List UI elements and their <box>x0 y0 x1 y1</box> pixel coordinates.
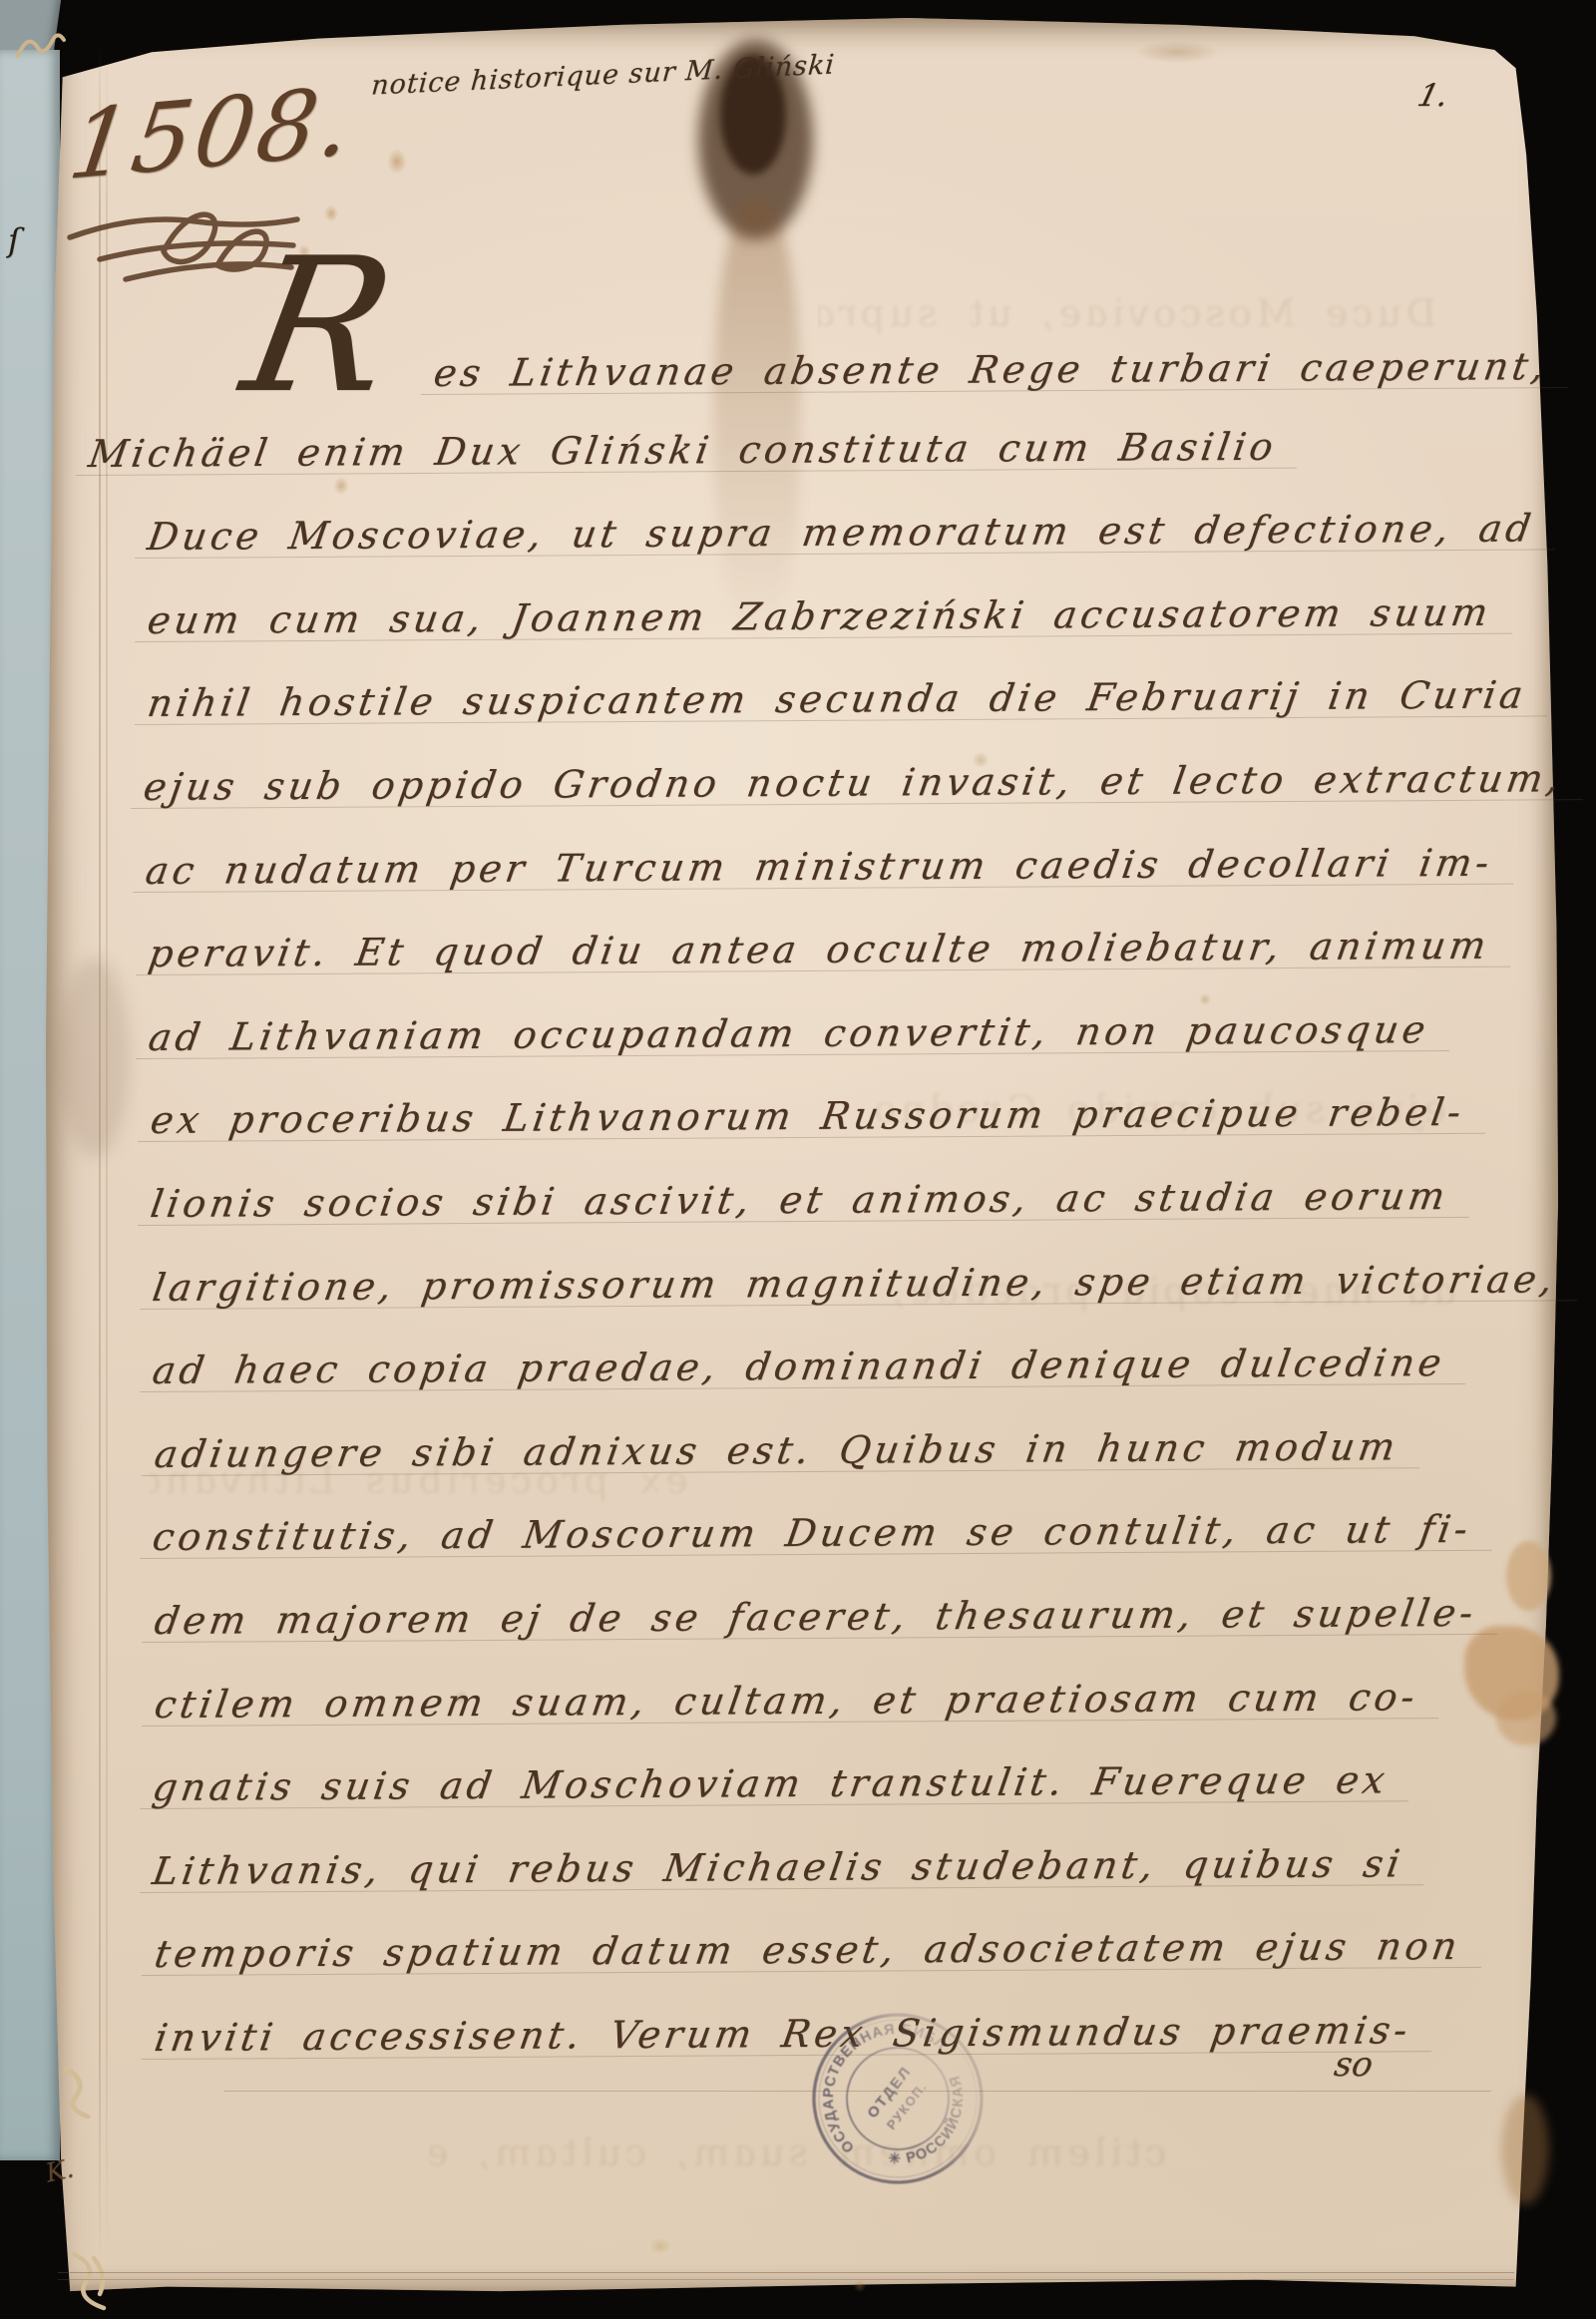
manuscript-line: ex proceribus Lithvanorum Russorum praec… <box>148 1090 1467 1142</box>
manuscript-line: peravit. Et quod diu antea occulte molie… <box>146 924 1493 975</box>
manuscript-line: gnatis suis ad Moschoviam transtulit. Fu… <box>150 1757 1392 1809</box>
manuscript-line: dem majorem ej de se faceret, thesaurum,… <box>152 1591 1480 1643</box>
manuscript-line: inviti accessisent. Verum Rex Sigismundu… <box>152 2008 1414 2060</box>
manuscript-line: Duce Moscoviae, ut supra memoratum est d… <box>145 506 1537 559</box>
manuscript-line: lionis socios sibi ascivit, et animos, a… <box>148 1174 1451 1226</box>
photographed-manuscript: 1508. notice historique sur M. Gliński 1… <box>0 0 1596 2319</box>
manuscript-line: ac nudatum per Turcum ministrum caedis d… <box>143 841 1496 893</box>
manuscript-line: ad Lithvaniam occupandam convertit, non … <box>146 1007 1432 1059</box>
catchword: so <box>1332 2045 1376 2085</box>
manuscript-line: nihil hostile suspicantem secunda die Fe… <box>145 673 1530 725</box>
manuscript-line: eum cum sua, Joannem Zabrzeziński accusa… <box>145 590 1494 642</box>
manuscript-line: largitione, promissorum magnitudine, spe… <box>150 1257 1559 1310</box>
manuscript-line: temporis spatium datum esset, adsocietat… <box>152 1924 1464 1976</box>
manuscript-line: Michäel enim Dux Gliński constituta cum … <box>86 425 1280 476</box>
margin-mark: ſ <box>8 221 20 259</box>
manuscript-line: ejus sub oppido Grodno noctu invasit, et… <box>141 756 1566 809</box>
manuscript-line: ad haec copia praedae, dominandi denique… <box>150 1341 1448 1392</box>
manuscript-line: es Lithvanae absente Rege turbari caeper… <box>431 344 1551 395</box>
margin-mark: K. <box>43 2153 76 2188</box>
manuscript-line: Lithvanis, qui rebus Michaelis studebant… <box>150 1841 1406 1893</box>
manuscript-line: adiungere sibi adnixus est. Quibus in hu… <box>152 1424 1401 1476</box>
manuscript-line: ctilem omnem suam, cultam, et praetiosam… <box>152 1675 1421 1727</box>
manuscript-line: constitutis, ad Moscorum Ducem se contul… <box>150 1507 1474 1559</box>
